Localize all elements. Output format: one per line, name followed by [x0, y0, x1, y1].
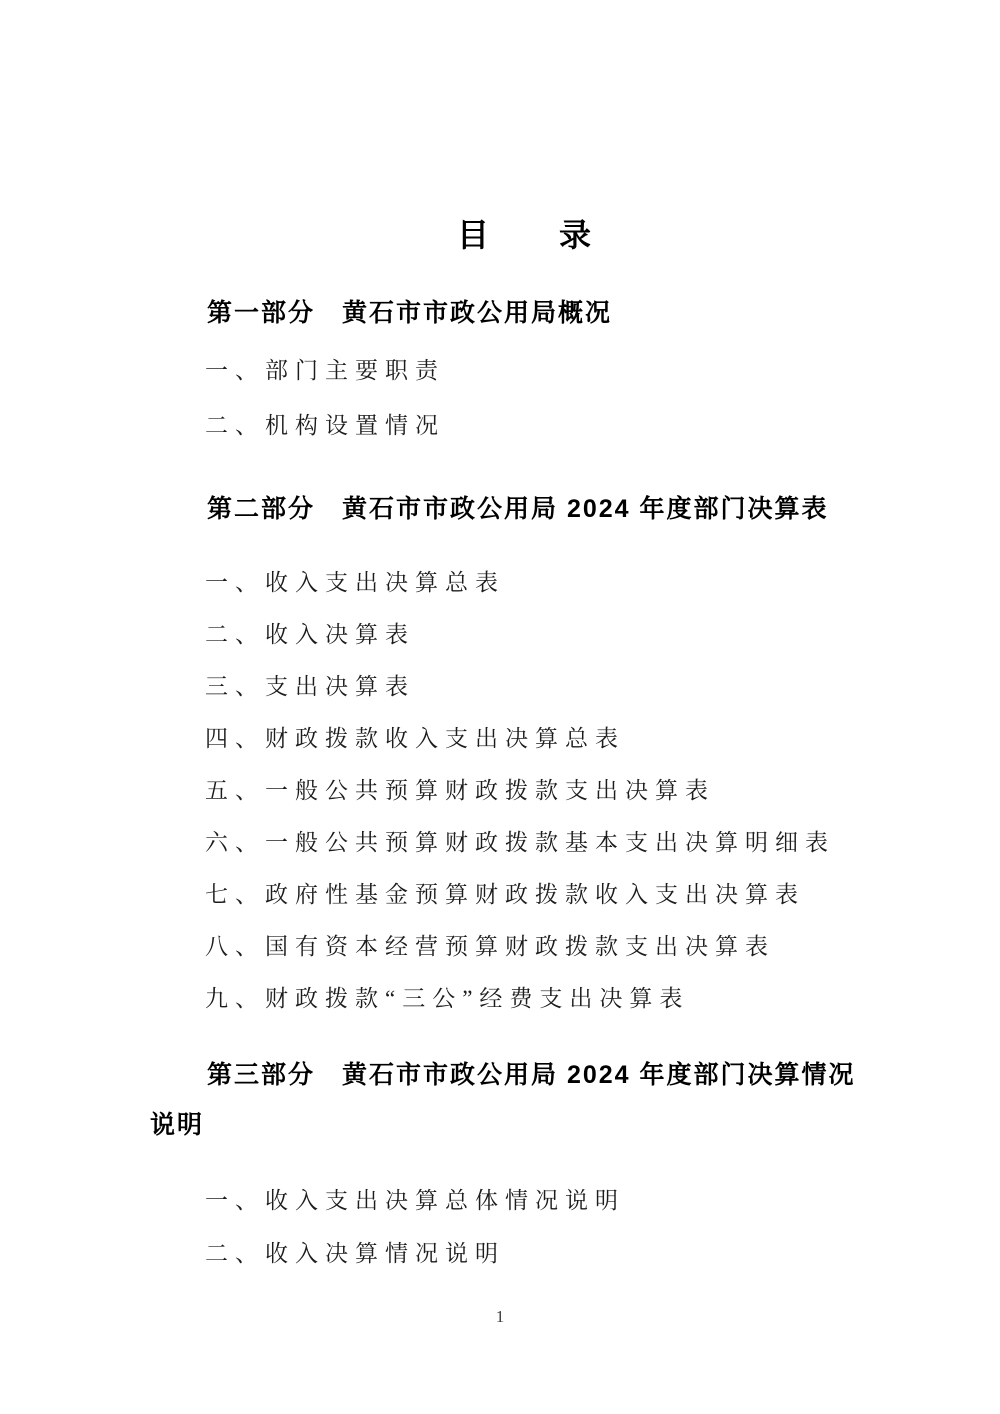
toc-item: 五、一般公共预算财政拨款支出决算表: [150, 765, 850, 817]
section-3-item-list: 一、收入支出决算总体情况说明 二、收入决算情况说明: [150, 1174, 850, 1280]
toc-item: 二、机构设置情况: [150, 398, 850, 453]
toc-title: 目 录: [150, 213, 850, 257]
toc-item: 一、收入支出决算总体情况说明: [150, 1174, 850, 1227]
section-3-heading: 第三部分 黄石市市政公用局 2024 年度部门决算情况 说明: [150, 1050, 850, 1150]
toc-item: 一、部门主要职责: [150, 343, 850, 398]
section-3-heading-line-1: 第三部分 黄石市市政公用局 2024 年度部门决算情况: [150, 1050, 850, 1100]
toc-item: 二、收入决算表: [150, 609, 850, 661]
toc-item: 一、收入支出决算总表: [150, 557, 850, 609]
section-2-heading: 第二部分 黄石市市政公用局 2024 年度部门决算表: [150, 492, 850, 526]
toc-item: 七、政府性基金预算财政拨款收入支出决算表: [150, 869, 850, 921]
section-2-item-list: 一、收入支出决算总表 二、收入决算表 三、支出决算表 四、财政拨款收入支出决算总…: [150, 557, 850, 1025]
section-3-heading-line-2: 说明: [150, 1100, 850, 1150]
toc-item: 四、财政拨款收入支出决算总表: [150, 713, 850, 765]
toc-item: 九、财政拨款“三公”经费支出决算表: [150, 973, 850, 1025]
toc-item: 三、支出决算表: [150, 661, 850, 713]
toc-item: 二、收入决算情况说明: [150, 1227, 850, 1280]
document-page: 目 录 第一部分 黄石市市政公用局概况 一、部门主要职责 二、机构设置情况 第二…: [0, 0, 1000, 1414]
page-number: 1: [150, 1306, 850, 1328]
section-1-item-list: 一、部门主要职责 二、机构设置情况: [150, 343, 850, 453]
toc-item: 六、一般公共预算财政拨款基本支出决算明细表: [150, 817, 850, 869]
section-1-heading: 第一部分 黄石市市政公用局概况: [150, 296, 850, 330]
toc-item: 八、国有资本经营预算财政拨款支出决算表: [150, 921, 850, 973]
